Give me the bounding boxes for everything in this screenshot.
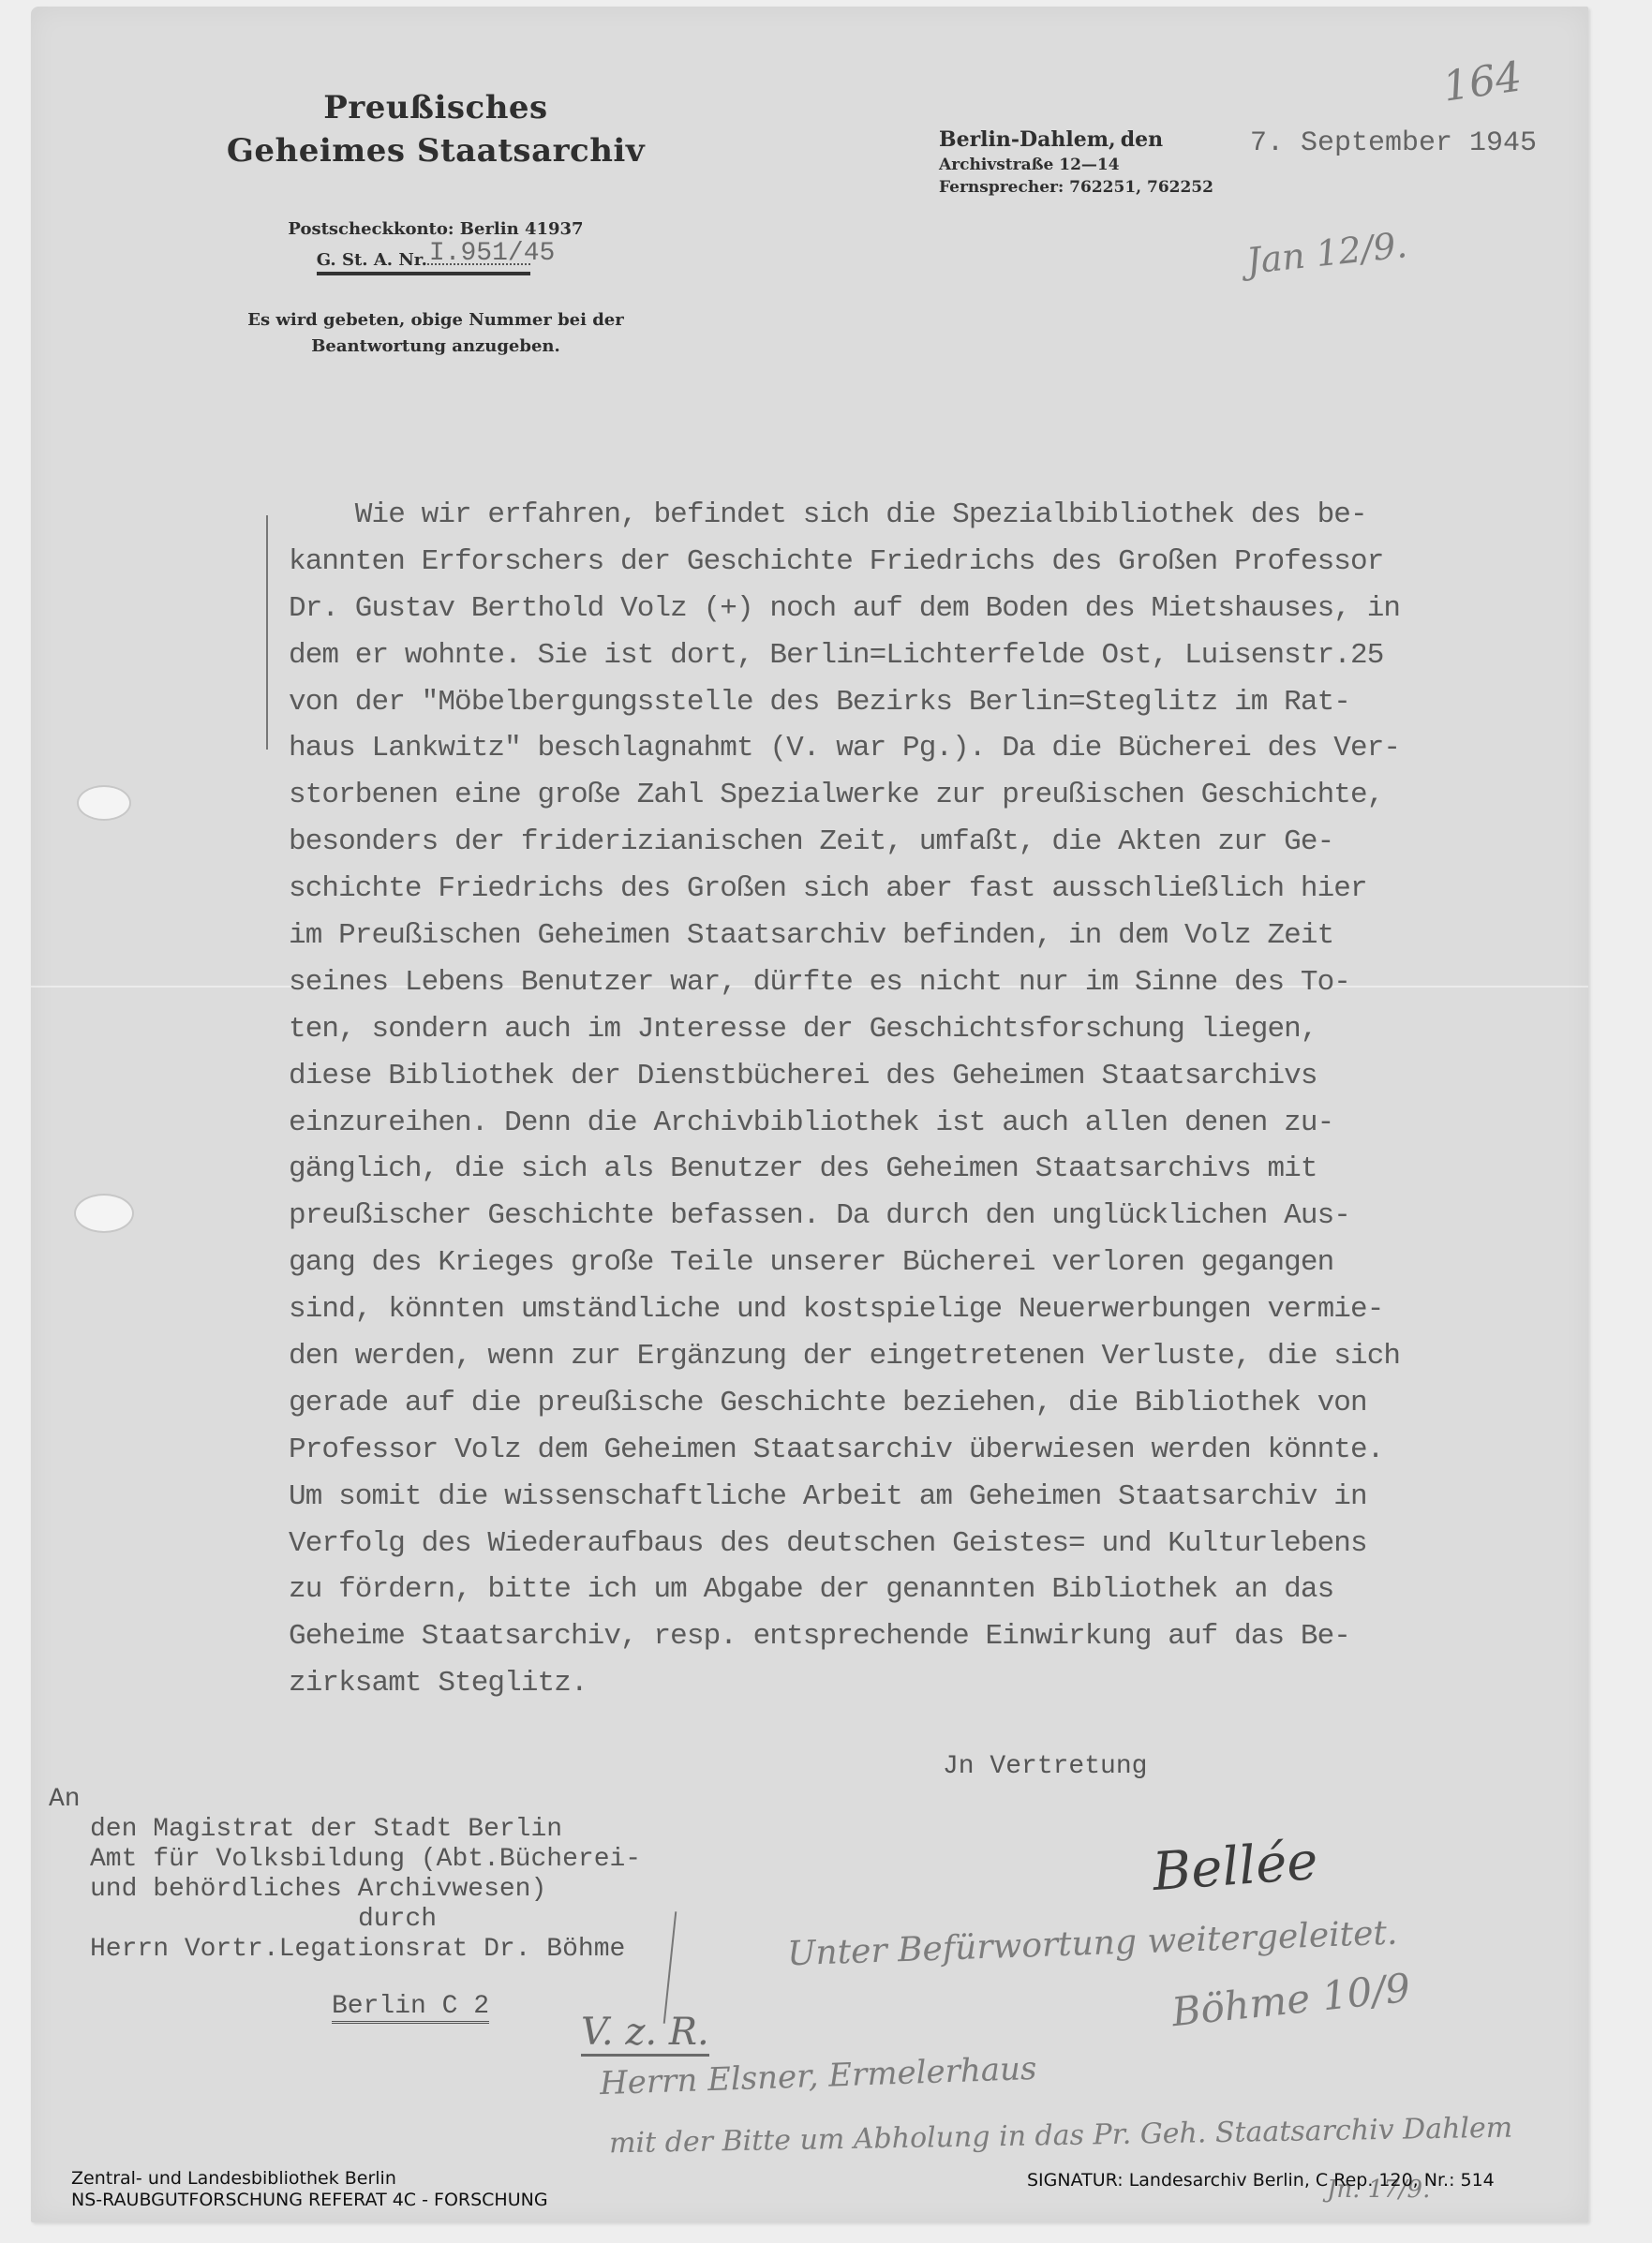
vzr-note: V. z. R.: [581, 2011, 709, 2054]
address-an: An: [49, 1785, 641, 1815]
body-line: gang des Krieges große Teile unserer Büc…: [289, 1240, 1600, 1286]
letterhead-title-line2: Geheimes Staatsarchiv: [216, 129, 656, 172]
body-line: Dr. Gustav Berthold Volz (+) noch auf de…: [289, 586, 1600, 632]
letterhead-title-line1: Preußisches: [216, 86, 656, 129]
body-line: besonders der friderizianischen Zeit, um…: [289, 819, 1600, 866]
stamp-institution: Zentral- und Landesbibliothek Berlin: [71, 2168, 548, 2190]
body-line: ten, sondern auch im Jnteresse der Gesch…: [289, 1006, 1600, 1053]
reference-hint: Es wird gebeten, obige Nummer bei der Be…: [206, 307, 665, 360]
body-line: Wie wir erfahren, befindet sich die Spez…: [289, 492, 1600, 539]
body-line: schichte Friedrichs des Großen sich aber…: [289, 866, 1600, 913]
stamp-department: NS-RAUBGUTFORSCHUNG REFERAT 4C - FORSCHU…: [71, 2190, 548, 2211]
body-line: sind, könnten umständliche und kostspiel…: [289, 1286, 1600, 1333]
recipient-address: Anden Magistrat der Stadt BerlinAmt für …: [49, 1785, 641, 2024]
sender-place: Berlin-Dahlem, den Archivstraße 12—14 Fe…: [939, 127, 1213, 197]
archive-stamp-left: Zentral- und Landesbibliothek Berlin NS-…: [71, 2168, 548, 2211]
punch-hole-top: [77, 785, 131, 821]
reference-number: G. St. A. Nr.I.951/45: [206, 249, 665, 271]
body-line: gänglich, die sich als Benutzer des Gehe…: [289, 1146, 1600, 1193]
reference-value: I.951/45: [429, 239, 555, 268]
body-line: Professor Volz dem Geheimen Staatsarchiv…: [289, 1427, 1600, 1474]
letter-body: Wie wir erfahren, befindet sich die Spez…: [289, 492, 1600, 1707]
letterhead-title: Preußisches Geheimes Staatsarchiv: [216, 86, 656, 172]
address-line2: Amt für Volksbildung (Abt.Bücherei-: [49, 1845, 641, 1875]
body-line: Verfolg des Wiederaufbaus des deutschen …: [289, 1521, 1600, 1567]
body-line: Geheime Staatsarchiv, resp. entsprechend…: [289, 1613, 1600, 1660]
punch-hole-bottom: [74, 1194, 134, 1233]
body-line: dem er wohnte. Sie ist dort, Berlin=Lich…: [289, 632, 1600, 679]
body-line: storbenen eine große Zahl Spezialwerke z…: [289, 772, 1600, 819]
body-line: gerade auf die preußische Geschichte bez…: [289, 1380, 1600, 1427]
closing-vertretung: Jn Vertretung: [943, 1752, 1147, 1781]
body-line: kannten Erforschers der Geschichte Fried…: [289, 539, 1600, 586]
body-line: haus Lankwitz" beschlagnahmt (V. war Pg.…: [289, 725, 1600, 772]
address-durch: durch: [49, 1905, 641, 1935]
body-line: diese Bibliothek der Dienstbücherei des …: [289, 1053, 1600, 1100]
address-line4: Herrn Vortr.Legationsrat Dr. Böhme: [49, 1935, 641, 1965]
sender-street: Archivstraße 12—14: [939, 156, 1213, 174]
address-line1: den Magistrat der Stadt Berlin: [49, 1815, 641, 1845]
letter-date: 7. September 1945: [1250, 127, 1537, 159]
body-line: Um somit die wissenschaftliche Arbeit am…: [289, 1474, 1600, 1521]
body-line: von der "Möbelbergungsstelle des Bezirks…: [289, 679, 1600, 726]
address-line3: und behördliches Archivwesen): [49, 1875, 641, 1905]
margin-bracket-mark: [266, 515, 268, 750]
sender-phone: Fernsprecher: 762251, 762252: [939, 178, 1213, 197]
body-line: zu fördern, bitte ich um Abgabe der gena…: [289, 1567, 1600, 1613]
address-city: Berlin C 2: [332, 1993, 489, 2024]
body-line: im Preußischen Geheimen Staatsarchiv bef…: [289, 913, 1600, 959]
archive-signatur: SIGNATUR: Landesarchiv Berlin, C Rep. 12…: [1027, 2170, 1495, 2191]
body-line: seines Lebens Benutzer war, dürfte es ni…: [289, 959, 1600, 1006]
postscheck-konto: Postscheckkonto: Berlin 41937: [206, 219, 665, 240]
body-line: preußischer Geschichte befassen. Da durc…: [289, 1193, 1600, 1240]
body-line: einzureihen. Denn die Archivbibliothek i…: [289, 1100, 1600, 1147]
signature: Bellée: [1151, 1831, 1320, 1903]
body-line: den werden, wenn zur Ergänzung der einge…: [289, 1333, 1600, 1380]
sender-city: Berlin-Dahlem,: [939, 127, 1116, 152]
body-line: zirksamt Steglitz.: [289, 1660, 1600, 1707]
